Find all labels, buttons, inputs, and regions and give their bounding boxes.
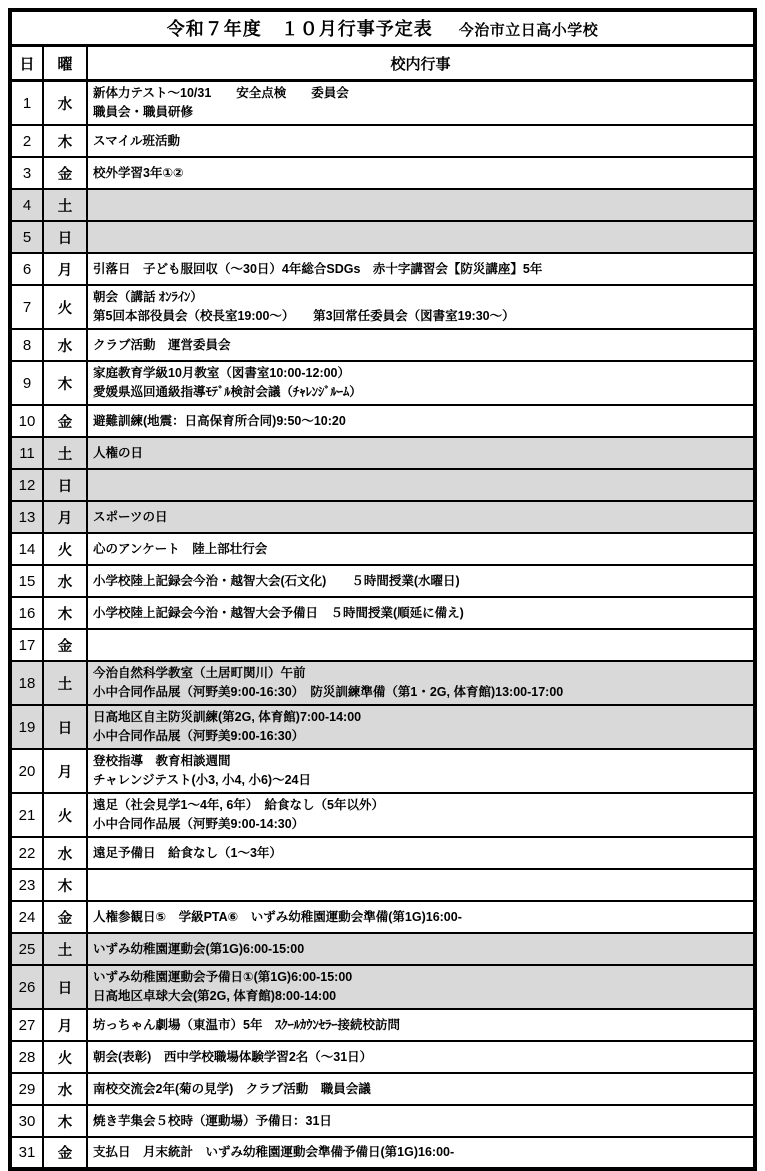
page-title: 令和７年度 １０月行事予定表 [167,19,433,39]
table-row: 13 月 スポーツの日 [10,501,755,533]
weekday-cell: 月 [43,1009,87,1041]
event-line: 愛媛県巡回通級指導ﾓﾃﾞﾙ検討会議（ﾁｬﾚﾝｼﾞﾙｰﾑ） [93,383,750,402]
table-row: 18 土 今治自然科学教室（土居町関川）午前小中合同作品展（河野美9:00-16… [10,661,755,705]
event-line: 小学校陸上記録会今治・越智大会予備日 ５時間授業(順延に備え) [93,604,750,623]
table-row: 8 水 クラブ活動 運営委員会 [10,329,755,361]
day-cell: 18 [10,661,43,705]
weekday-cell: 土 [43,661,87,705]
weekday-cell: 木 [43,361,87,405]
events-cell [87,869,755,901]
events-cell: いずみ幼稚園運動会(第1G)6:00-15:00 [87,933,755,965]
weekday-cell: 木 [43,1105,87,1137]
table-row: 23 木 [10,869,755,901]
event-line: 心のアンケート 陸上部壮行会 [93,540,750,559]
weekday-cell: 金 [43,901,87,933]
schedule-body: 1 水 新体力テスト～10/31 安全点検 委員会職員会・職員研修 2 木 スマ… [10,81,755,1170]
schedule-page: 令和７年度 １０月行事予定表今治市立日高小学校 日 曜 校内行事 1 水 新体力… [0,0,765,1159]
table-row: 5 日 [10,221,755,253]
header-day: 日 [10,46,43,81]
weekday-cell: 木 [43,597,87,629]
day-cell: 4 [10,189,43,221]
events-cell: 坊っちゃん劇場（東温市）5年 ｽｸｰﾙｶｳﾝｾﾗｰ接続校訪問 [87,1009,755,1041]
table-row: 7 火 朝会（講話 ｵﾝﾗｲﾝ）第5回本部役員会（校長室19:00～） 第3回常… [10,285,755,329]
events-cell [87,629,755,661]
events-cell: 朝会(表彰) 西中学校職場体験学習2名（～31日） [87,1041,755,1073]
table-row: 17 金 [10,629,755,661]
day-cell: 6 [10,253,43,285]
day-cell: 22 [10,837,43,869]
weekday-cell: 月 [43,501,87,533]
event-line: 日高地区卓球大会(第2G, 体育館)8:00-14:00 [93,987,750,1006]
table-row: 21 火 遠足（社会見学1～4年, 6年） 給食なし（5年以外）小中合同作品展（… [10,793,755,837]
events-cell: 心のアンケート 陸上部壮行会 [87,533,755,565]
day-cell: 30 [10,1105,43,1137]
title-row: 令和７年度 １０月行事予定表今治市立日高小学校 [10,10,755,46]
weekday-cell: 木 [43,125,87,157]
events-cell [87,221,755,253]
weekday-cell: 火 [43,285,87,329]
day-cell: 13 [10,501,43,533]
weekday-cell: 水 [43,1073,87,1105]
table-row: 3 金 校外学習3年①② [10,157,755,189]
event-line: クラブ活動 運営委員会 [93,336,750,355]
event-line: 人権の日 [93,444,750,463]
table-row: 24 金 人権参観日⑤ 学級PTA⑥ いずみ幼稚園運動会準備(第1G)16:00… [10,901,755,933]
events-cell: 引落日 子ども服回収（～30日）4年総合SDGs 赤十字講習会【防災講座】5年 [87,253,755,285]
table-row: 26 日 いずみ幼稚園運動会予備日①(第1G)6:00-15:00日高地区卓球大… [10,965,755,1009]
table-row: 19 日 日高地区自主防災訓練(第2G, 体育館)7:00-14:00小中合同作… [10,705,755,749]
event-line: 支払日 月末統計 いずみ幼稚園運動会準備予備日(第1G)16:00- [93,1143,750,1162]
event-line: 小中合同作品展（河野美9:00-16:30） 防災訓練準備（第1・2G, 体育館… [93,683,750,702]
events-cell: 焼き芋集会５校時（運動場）予備日：31日 [87,1105,755,1137]
table-row: 15 水 小学校陸上記録会今治・越智大会(石文化) ５時間授業(水曜日) [10,565,755,597]
day-cell: 20 [10,749,43,793]
event-line: 人権参観日⑤ 学級PTA⑥ いずみ幼稚園運動会準備(第1G)16:00- [93,908,750,927]
day-cell: 29 [10,1073,43,1105]
weekday-cell: 火 [43,533,87,565]
header-events: 校内行事 [87,46,755,81]
event-line: 南校交流会2年(菊の見学) クラブ活動 職員会議 [93,1080,750,1099]
events-cell: 遠足（社会見学1～4年, 6年） 給食なし（5年以外）小中合同作品展（河野美9:… [87,793,755,837]
schedule-table: 令和７年度 １０月行事予定表今治市立日高小学校 日 曜 校内行事 1 水 新体力… [8,8,757,1171]
day-cell: 12 [10,469,43,501]
event-line: 家庭教育学級10月教室（図書室10:00-12:00） [93,364,750,383]
weekday-cell: 水 [43,81,87,126]
event-line: 今治自然科学教室（土居町関川）午前 [93,664,750,683]
table-row: 16 木 小学校陸上記録会今治・越智大会予備日 ５時間授業(順延に備え) [10,597,755,629]
table-row: 12 日 [10,469,755,501]
weekday-cell: 日 [43,469,87,501]
event-line: 小中合同作品展（河野美9:00-16:30） [93,727,750,746]
weekday-cell: 土 [43,189,87,221]
day-cell: 3 [10,157,43,189]
event-line: 日高地区自主防災訓練(第2G, 体育館)7:00-14:00 [93,708,750,727]
weekday-cell: 水 [43,837,87,869]
events-cell: 新体力テスト～10/31 安全点検 委員会職員会・職員研修 [87,81,755,126]
day-cell: 8 [10,329,43,361]
day-cell: 9 [10,361,43,405]
weekday-cell: 金 [43,629,87,661]
event-line: チャレンジテスト(小3, 小4, 小6)～24日 [93,771,750,790]
event-line: 登校指導 教育相談週間 [93,752,750,771]
events-cell: 今治自然科学教室（土居町関川）午前小中合同作品展（河野美9:00-16:30） … [87,661,755,705]
table-row: 1 水 新体力テスト～10/31 安全点検 委員会職員会・職員研修 [10,81,755,126]
event-line: 避難訓練(地震：日高保育所合同)9:50～10:20 [93,412,750,431]
weekday-cell: 月 [43,253,87,285]
events-cell: 校外学習3年①② [87,157,755,189]
day-cell: 31 [10,1137,43,1169]
day-cell: 15 [10,565,43,597]
event-line: いずみ幼稚園運動会(第1G)6:00-15:00 [93,940,750,959]
weekday-cell: 火 [43,1041,87,1073]
day-cell: 17 [10,629,43,661]
events-cell: スマイル班活動 [87,125,755,157]
table-row: 9 木 家庭教育学級10月教室（図書室10:00-12:00）愛媛県巡回通級指導… [10,361,755,405]
event-line: いずみ幼稚園運動会予備日①(第1G)6:00-15:00 [93,968,750,987]
table-row: 30 木 焼き芋集会５校時（運動場）予備日：31日 [10,1105,755,1137]
header-weekday: 曜 [43,46,87,81]
weekday-cell: 水 [43,329,87,361]
events-cell: 日高地区自主防災訓練(第2G, 体育館)7:00-14:00小中合同作品展（河野… [87,705,755,749]
weekday-cell: 月 [43,749,87,793]
events-cell: 朝会（講話 ｵﾝﾗｲﾝ）第5回本部役員会（校長室19:00～） 第3回常任委員会… [87,285,755,329]
event-line: 坊っちゃん劇場（東温市）5年 ｽｸｰﾙｶｳﾝｾﾗｰ接続校訪問 [93,1016,750,1035]
event-line: 引落日 子ども服回収（～30日）4年総合SDGs 赤十字講習会【防災講座】5年 [93,260,750,279]
day-cell: 2 [10,125,43,157]
event-line: 小学校陸上記録会今治・越智大会(石文化) ５時間授業(水曜日) [93,572,750,591]
event-line: 小中合同作品展（河野美9:00-14:30） [93,815,750,834]
events-cell: 小学校陸上記録会今治・越智大会(石文化) ５時間授業(水曜日) [87,565,755,597]
event-line: 朝会（講話 ｵﾝﾗｲﾝ） [93,288,750,307]
day-cell: 14 [10,533,43,565]
day-cell: 1 [10,81,43,126]
school-name: 今治市立日高小学校 [459,22,599,39]
event-line: 遠足（社会見学1～4年, 6年） 給食なし（5年以外） [93,796,750,815]
event-line: 遠足予備日 給食なし（1～3年） [93,844,750,863]
weekday-cell: 火 [43,793,87,837]
day-cell: 16 [10,597,43,629]
table-row: 31 金 支払日 月末統計 いずみ幼稚園運動会準備予備日(第1G)16:00- [10,1137,755,1169]
table-row: 14 火 心のアンケート 陸上部壮行会 [10,533,755,565]
events-cell: 遠足予備日 給食なし（1～3年） [87,837,755,869]
events-cell: 家庭教育学級10月教室（図書室10:00-12:00）愛媛県巡回通級指導ﾓﾃﾞﾙ… [87,361,755,405]
weekday-cell: 水 [43,565,87,597]
events-cell: いずみ幼稚園運動会予備日①(第1G)6:00-15:00日高地区卓球大会(第2G… [87,965,755,1009]
table-row: 22 水 遠足予備日 給食なし（1～3年） [10,837,755,869]
event-line: 職員会・職員研修 [93,103,750,122]
events-cell [87,469,755,501]
day-cell: 23 [10,869,43,901]
weekday-cell: 日 [43,705,87,749]
table-row: 4 土 [10,189,755,221]
event-line: 校外学習3年①② [93,164,750,183]
table-row: 29 水 南校交流会2年(菊の見学) クラブ活動 職員会議 [10,1073,755,1105]
day-cell: 19 [10,705,43,749]
table-row: 27 月 坊っちゃん劇場（東温市）5年 ｽｸｰﾙｶｳﾝｾﾗｰ接続校訪問 [10,1009,755,1041]
table-row: 11 土 人権の日 [10,437,755,469]
weekday-cell: 土 [43,933,87,965]
events-cell: 避難訓練(地震：日高保育所合同)9:50～10:20 [87,405,755,437]
table-row: 10 金 避難訓練(地震：日高保育所合同)9:50～10:20 [10,405,755,437]
events-cell: 人権参観日⑤ 学級PTA⑥ いずみ幼稚園運動会準備(第1G)16:00- [87,901,755,933]
weekday-cell: 金 [43,157,87,189]
event-line: 朝会(表彰) 西中学校職場体験学習2名（～31日） [93,1048,750,1067]
event-line: スマイル班活動 [93,132,750,151]
day-cell: 28 [10,1041,43,1073]
event-line: 焼き芋集会５校時（運動場）予備日：31日 [93,1112,750,1131]
event-line: 新体力テスト～10/31 安全点検 委員会 [93,84,750,103]
table-row: 28 火 朝会(表彰) 西中学校職場体験学習2名（～31日） [10,1041,755,1073]
day-cell: 27 [10,1009,43,1041]
day-cell: 21 [10,793,43,837]
day-cell: 7 [10,285,43,329]
table-row: 2 木 スマイル班活動 [10,125,755,157]
day-cell: 10 [10,405,43,437]
events-cell: 支払日 月末統計 いずみ幼稚園運動会準備予備日(第1G)16:00- [87,1137,755,1169]
title-cell: 令和７年度 １０月行事予定表今治市立日高小学校 [10,10,755,46]
events-cell: 人権の日 [87,437,755,469]
table-row: 25 土 いずみ幼稚園運動会(第1G)6:00-15:00 [10,933,755,965]
table-row: 20 月 登校指導 教育相談週間チャレンジテスト(小3, 小4, 小6)～24日 [10,749,755,793]
events-cell: スポーツの日 [87,501,755,533]
weekday-cell: 土 [43,437,87,469]
column-header-row: 日 曜 校内行事 [10,46,755,81]
weekday-cell: 金 [43,1137,87,1169]
table-row: 6 月 引落日 子ども服回収（～30日）4年総合SDGs 赤十字講習会【防災講座… [10,253,755,285]
events-cell: クラブ活動 運営委員会 [87,329,755,361]
day-cell: 11 [10,437,43,469]
weekday-cell: 木 [43,869,87,901]
day-cell: 24 [10,901,43,933]
events-cell: 小学校陸上記録会今治・越智大会予備日 ５時間授業(順延に備え) [87,597,755,629]
day-cell: 25 [10,933,43,965]
events-cell: 南校交流会2年(菊の見学) クラブ活動 職員会議 [87,1073,755,1105]
events-cell [87,189,755,221]
weekday-cell: 金 [43,405,87,437]
weekday-cell: 日 [43,221,87,253]
event-line: 第5回本部役員会（校長室19:00～） 第3回常任委員会（図書室19:30～） [93,307,750,326]
event-line: スポーツの日 [93,508,750,527]
weekday-cell: 日 [43,965,87,1009]
events-cell: 登校指導 教育相談週間チャレンジテスト(小3, 小4, 小6)～24日 [87,749,755,793]
day-cell: 26 [10,965,43,1009]
day-cell: 5 [10,221,43,253]
